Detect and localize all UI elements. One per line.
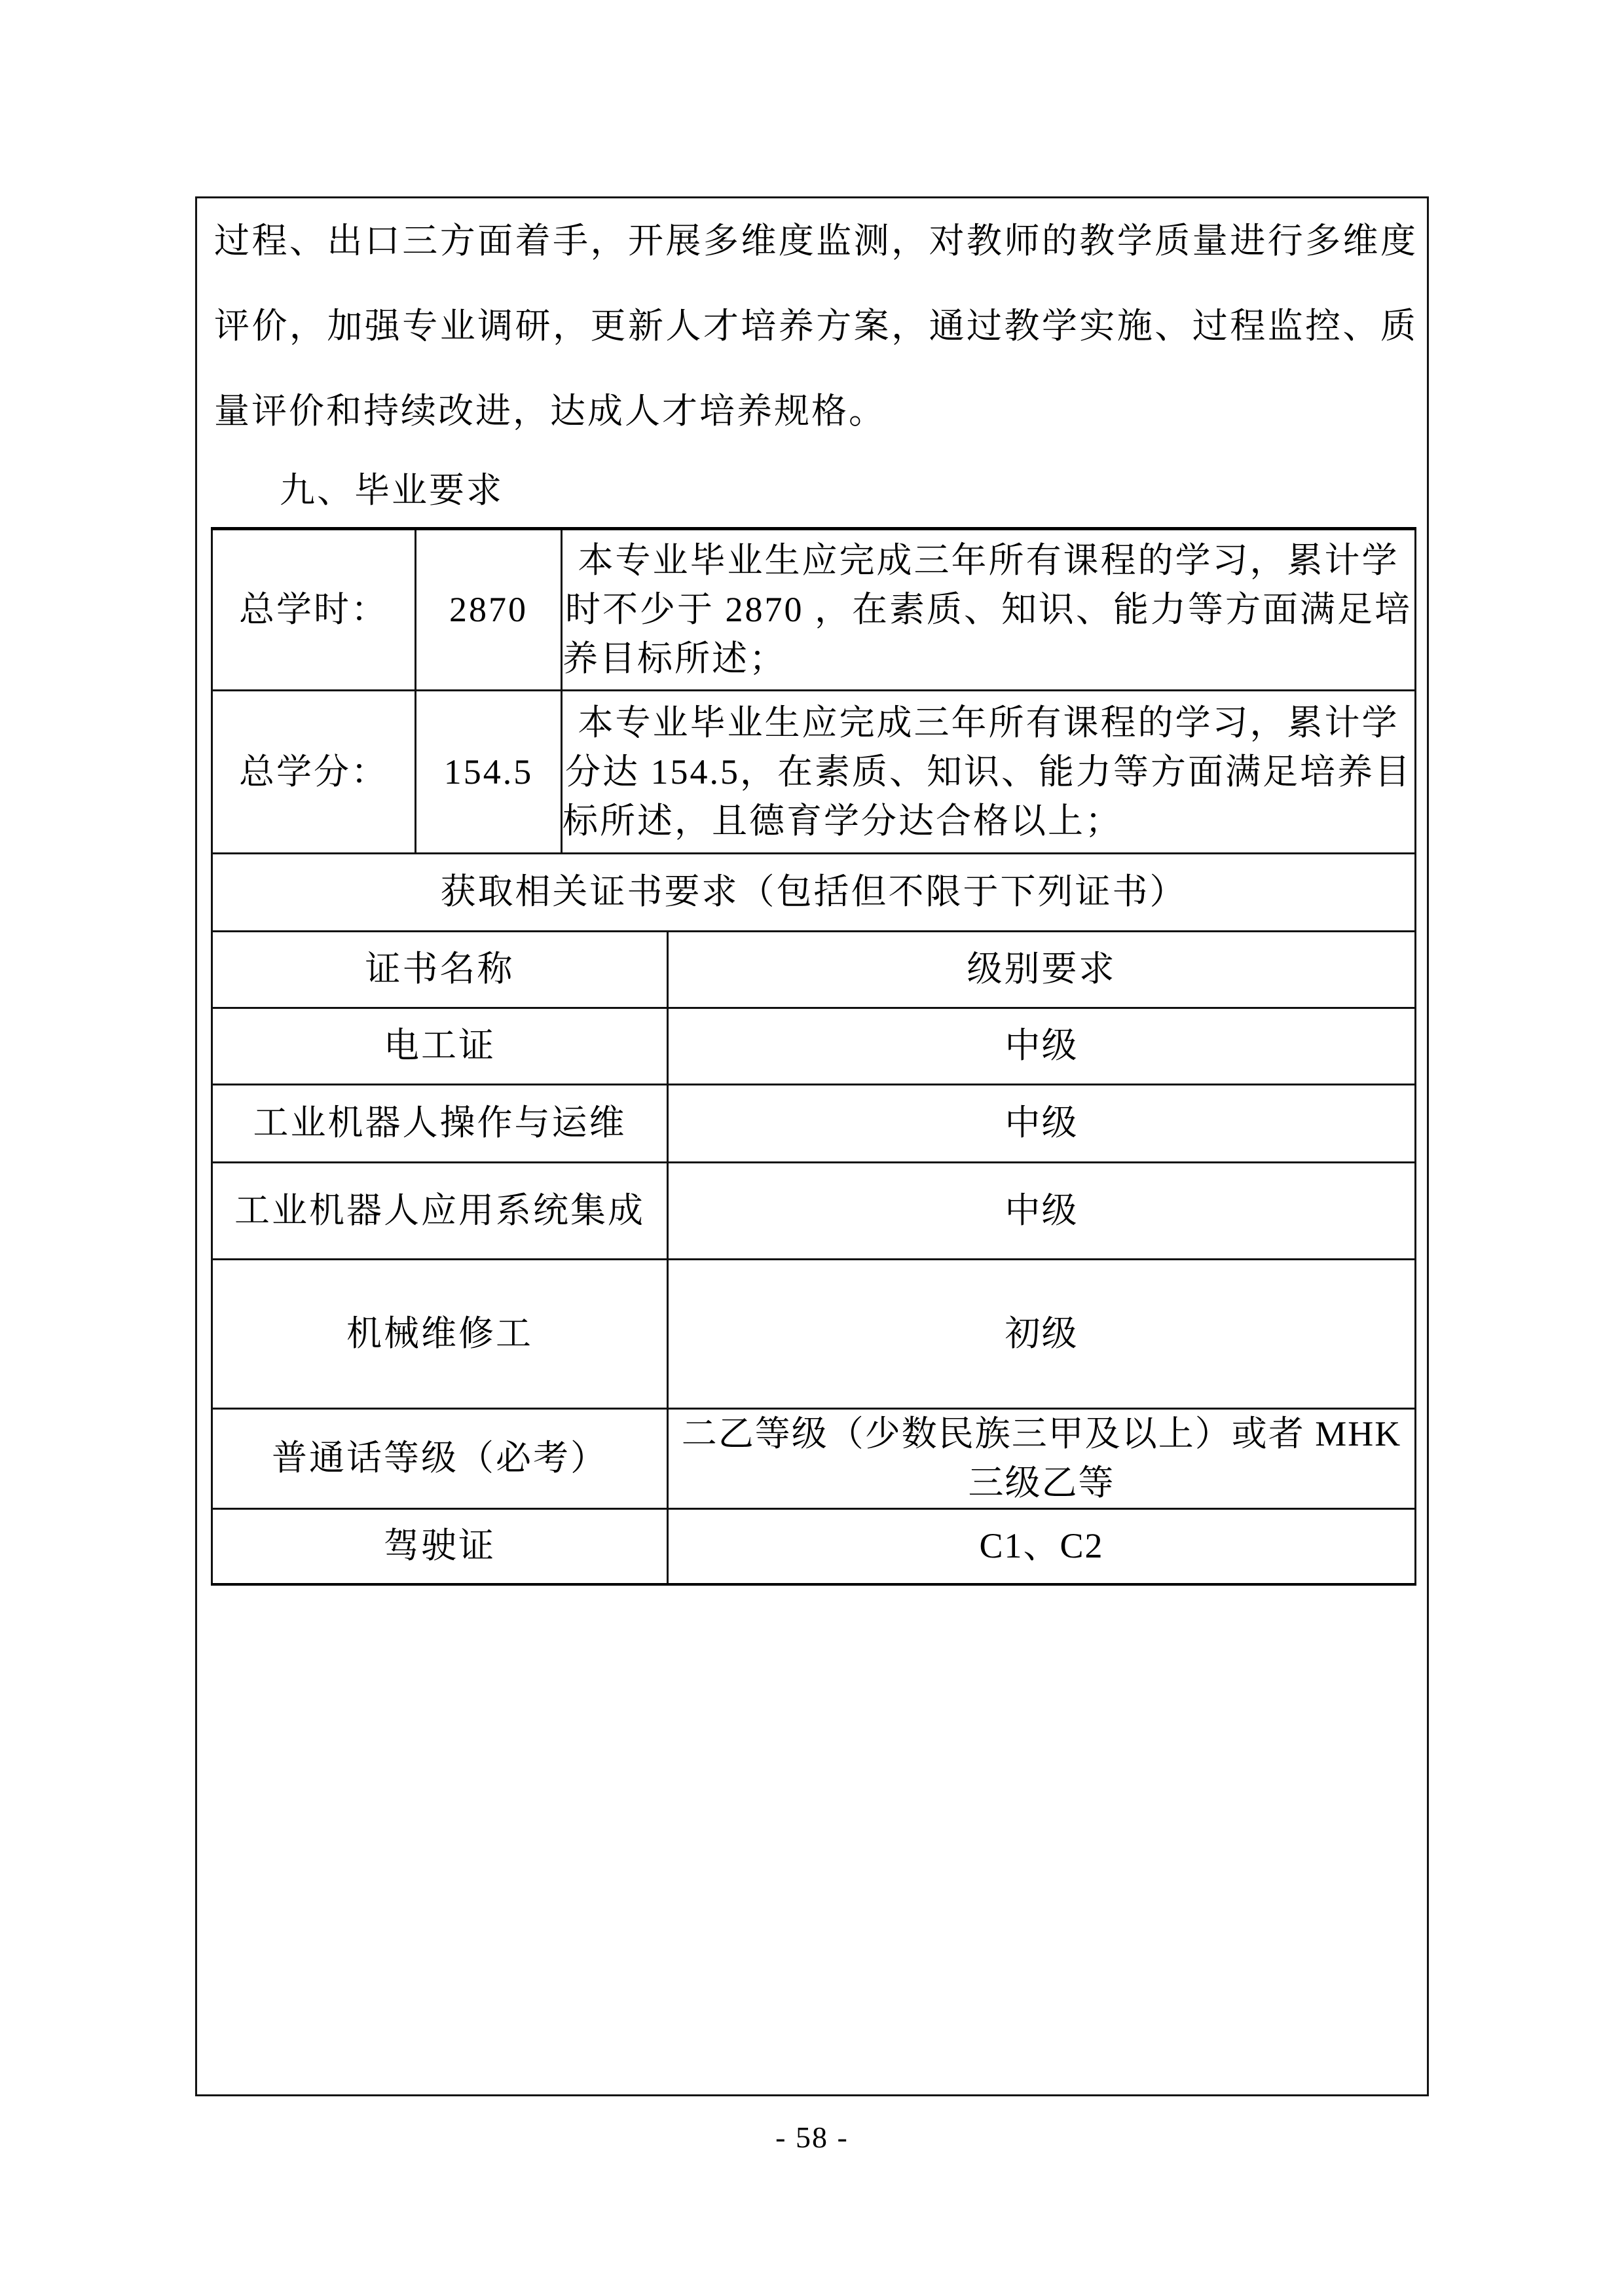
certificate-row: 工业机器人操作与运维 中级 (212, 1084, 1416, 1162)
label-cell: 总学时： (212, 529, 416, 691)
body-paragraph: 过程、出口三方面着手，开展多维度监测，对教师的教学质量进行多维度 评价，加强专业… (197, 198, 1427, 454)
certificate-name-cell: 工业机器人操作与运维 (212, 1084, 668, 1162)
certificate-name-header-cell: 证书名称 (212, 931, 668, 1008)
certificate-row: 机械维修工 初级 (212, 1259, 1416, 1408)
paragraph-line: 过程、出口三方面着手，开展多维度监测，对教师的教学质量进行多维度 (214, 198, 1418, 283)
table-row: 总学时： 2870 本专业毕业生应完成三年所有课程的学习，累计学时不少于 287… (212, 529, 1416, 691)
certificate-name-cell: 驾驶证 (212, 1508, 668, 1584)
certificates-requirement-header-row: 获取相关证书要求（包括但不限于下列证书） (212, 854, 1416, 930)
certificate-name-cell: 电工证 (212, 1008, 668, 1084)
description-cell: 本专业毕业生应完成三年所有课程的学习，累计学分达 154.5，在素质、知识、能力… (562, 691, 1416, 854)
certificate-table: 证书名称 级别要求 电工证 中级 工业机器人操作与运维 中级 工业机器人应用系统… (211, 930, 1416, 1586)
level-cell: 初级 (668, 1259, 1416, 1408)
level-cell: 中级 (668, 1084, 1416, 1162)
graduation-summary-table: 总学时： 2870 本专业毕业生应完成三年所有课程的学习，累计学时不少于 287… (211, 527, 1416, 930)
value-cell: 2870 (416, 529, 562, 691)
section-heading: 九、毕业要求 (197, 454, 1427, 527)
level-cell: 中级 (668, 1162, 1416, 1259)
paragraph-line: 评价，加强专业调研，更新人才培养方案，通过教学实施、过程监控、质 (214, 283, 1418, 369)
level-cell: 中级 (668, 1008, 1416, 1084)
document-page: 过程、出口三方面着手，开展多维度监测，对教师的教学质量进行多维度 评价，加强专业… (0, 0, 1624, 2296)
certificate-row: 驾驶证 C1、C2 (212, 1508, 1416, 1584)
level-requirement-header-cell: 级别要求 (668, 931, 1416, 1008)
page-number: - 58 - (0, 2105, 1624, 2170)
paragraph-line: 量评价和持续改进，达成人才培养规格。 (214, 369, 1418, 454)
certificate-name-cell: 工业机器人应用系统集成 (212, 1162, 668, 1259)
value-cell: 154.5 (416, 691, 562, 854)
level-cell: C1、C2 (668, 1508, 1416, 1584)
certificate-row: 工业机器人应用系统集成 中级 (212, 1162, 1416, 1259)
label-cell: 总学分： (212, 691, 416, 854)
level-cell: 二乙等级（少数民族三甲及以上）或者 MHK 三级乙等 (668, 1408, 1416, 1508)
table-row: 总学分： 154.5 本专业毕业生应完成三年所有课程的学习，累计学分达 154.… (212, 691, 1416, 854)
certificate-name-cell: 普通话等级（必考） (212, 1408, 668, 1508)
description-cell: 本专业毕业生应完成三年所有课程的学习，累计学时不少于 2870 ，在素质、知识、… (562, 529, 1416, 691)
page-border-frame: 过程、出口三方面着手，开展多维度监测，对教师的教学质量进行多维度 评价，加强专业… (195, 196, 1429, 2096)
certificates-requirement-header-cell: 获取相关证书要求（包括但不限于下列证书） (212, 854, 1416, 930)
certificate-row: 普通话等级（必考） 二乙等级（少数民族三甲及以上）或者 MHK 三级乙等 (212, 1408, 1416, 1508)
certificate-header-row: 证书名称 级别要求 (212, 931, 1416, 1008)
certificate-row: 电工证 中级 (212, 1008, 1416, 1084)
certificate-name-cell: 机械维修工 (212, 1259, 668, 1408)
